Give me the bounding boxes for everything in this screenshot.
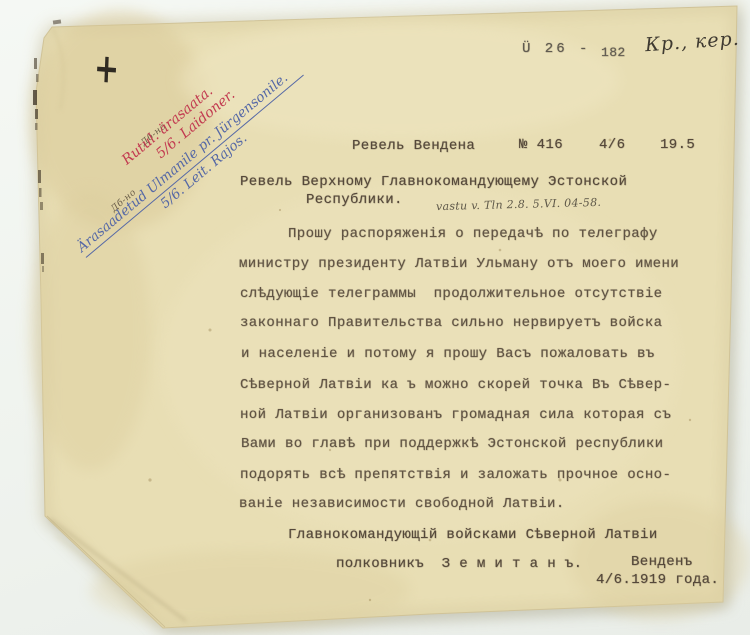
scanned-document-page: Ü 26 - 182 Кр., кер. + Дб-но Rutul. äras… bbox=[0, 0, 750, 635]
telegram-number: № 416 bbox=[519, 137, 563, 153]
received-pencil-note: vastu v. Tln 2.8. 5.VI. 04-58. bbox=[436, 196, 602, 213]
typed-line: Сѣверной Латвіи ка ъ можно скорей точка … bbox=[240, 377, 671, 393]
signature-date: 4/6.1919 года. bbox=[596, 572, 719, 588]
typed-line: Прошу распоряженія о передачѣ по телегра… bbox=[288, 226, 658, 242]
address-line: Республики. bbox=[306, 192, 403, 208]
typed-line: слѣдующіе телеграммы продолжительное отс… bbox=[240, 286, 662, 302]
registry-number: 182 bbox=[601, 45, 626, 60]
telegram-time: 19.5 bbox=[660, 137, 695, 153]
typed-line: ваніе независимости свободной Латвіи. bbox=[239, 496, 565, 512]
registry-mark: Ü 26 - bbox=[522, 41, 590, 57]
typed-line: и населеніе и потому я прошу Васъ пожало… bbox=[241, 346, 655, 362]
typed-line: министру президенту Латвіи Ульману отъ м… bbox=[239, 256, 679, 272]
document-content: Ü 26 - 182 Кр., кер. + Дб-но Rutul. äras… bbox=[0, 0, 750, 635]
typed-line: ной Латвіи организованъ громадная сила к… bbox=[240, 407, 671, 423]
address-line: Ревель Верхному Главнокомандующему Эстон… bbox=[240, 174, 627, 190]
signature-role: Главнокомандующій войсками Сѣверной Латв… bbox=[288, 527, 658, 543]
signature-name: полковникъ З е м и т а н ъ. bbox=[336, 556, 582, 572]
telegram-date: 4/6 bbox=[599, 137, 625, 153]
signature-place: Венденъ bbox=[631, 554, 693, 570]
typed-line: законнаго Правительства сильно нервирует… bbox=[240, 315, 662, 331]
typed-line: подорять всѣ препятствія и заложать проч… bbox=[240, 467, 671, 483]
telegram-origin: Ревель Вендена bbox=[352, 138, 475, 154]
typed-line: Вами во главѣ при поддержкѣ Эстонской ре… bbox=[241, 436, 663, 452]
registry-handwritten-note: Кр., кер. bbox=[644, 28, 740, 57]
cross-mark: + bbox=[93, 45, 120, 94]
